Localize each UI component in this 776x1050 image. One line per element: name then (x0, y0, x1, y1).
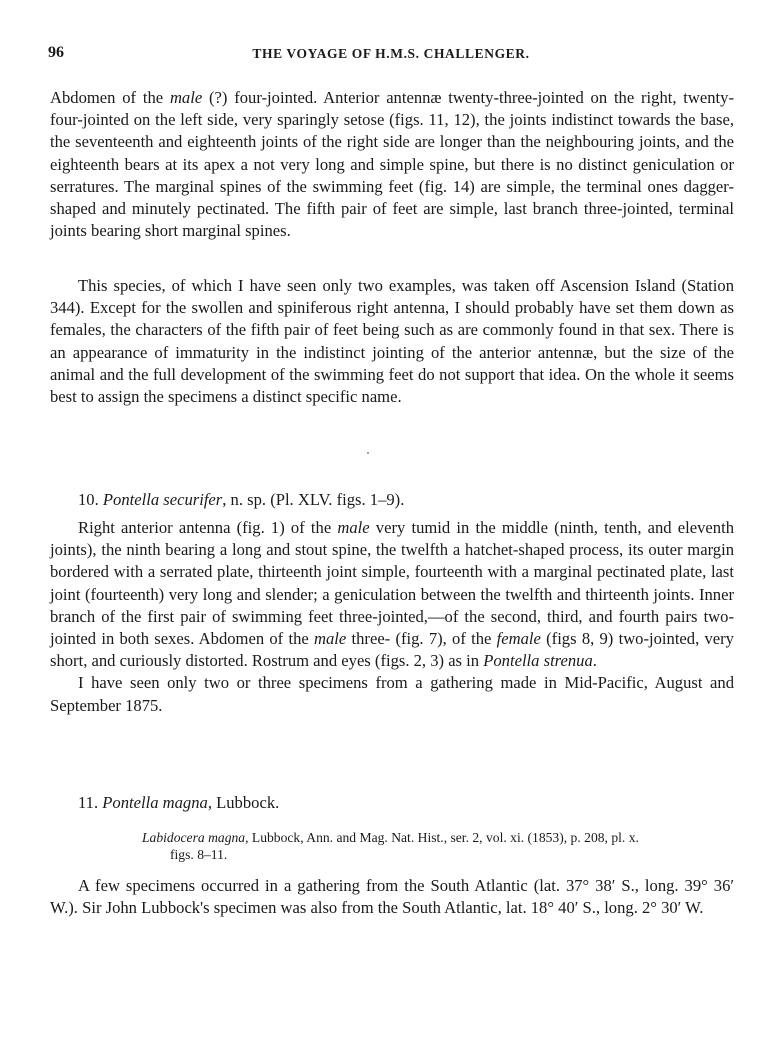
print-speck (367, 452, 369, 454)
species-heading-11: 11. Pontella magna, Lubbock. (78, 793, 279, 813)
paragraph-abdomen: Abdomen of the male (?) four-jointed. An… (50, 87, 734, 242)
body-paragraph: Abdomen of the male (?) four-jointed. An… (50, 87, 734, 242)
species-heading-10: 10. Pontella securifer, n. sp. (Pl. XLV.… (78, 490, 404, 510)
body-paragraph: I have seen only two or three specimens … (50, 672, 734, 716)
paragraph-species-note: This species, of which I have seen only … (50, 275, 734, 408)
synonym-name: Labidocera magna (142, 830, 245, 845)
running-head: 96 THE VOYAGE OF H.M.S. CHALLENGER. (48, 44, 734, 66)
species-10-description: Right anterior antenna (fig. 1) of the m… (50, 517, 734, 717)
document-page: 96 THE VOYAGE OF H.M.S. CHALLENGER. Abdo… (0, 0, 776, 1050)
synonymy-citation: Labidocera magna, Lubbock, Ann. and Mag.… (142, 829, 734, 863)
running-title: THE VOYAGE OF H.M.S. CHALLENGER. (48, 46, 734, 62)
body-paragraph: A few specimens occurred in a gathering … (50, 875, 734, 919)
species-reference: Pontella strenua (483, 651, 593, 670)
species-name: Pontella magna (102, 793, 208, 812)
body-paragraph: Right anterior antenna (fig. 1) of the m… (50, 517, 734, 672)
body-paragraph: This species, of which I have seen only … (50, 275, 734, 408)
italic-term: male (170, 88, 202, 107)
species-11-description: A few specimens occurred in a gathering … (50, 875, 734, 919)
species-name: Pontella securifer (103, 490, 222, 509)
